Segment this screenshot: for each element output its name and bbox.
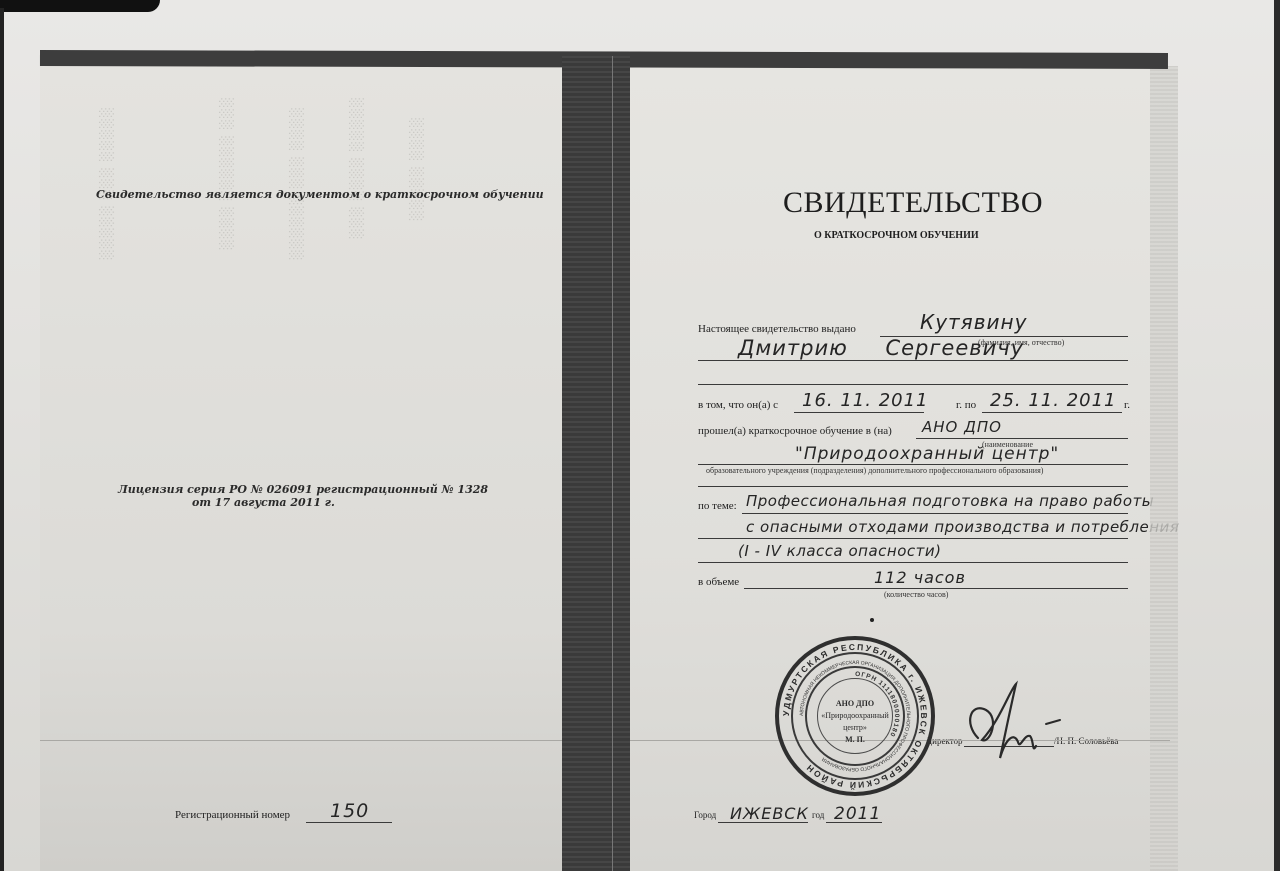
photo-right-edge [1274, 0, 1280, 871]
left-page: ░░░░░ ░░░ ░░░░░ ░░░░ ░░░░░░ ░░░ ░░░░░░ ░… [40, 66, 562, 871]
city-value: ИЖЕВСК [730, 804, 809, 823]
cover-spine [562, 56, 630, 871]
topic-label: по теме: [698, 500, 737, 512]
year-value: 2011 [834, 804, 881, 824]
topic-line2-underline [698, 538, 1128, 539]
photo-left-edge [0, 8, 4, 871]
date-from-value: 16. 11. 2011 [802, 390, 929, 411]
volume-value: 112 часов [874, 568, 966, 587]
seal-center-text: АНО ДПО «Природоохранный центр» М. П. [779, 698, 931, 746]
director-signature-icon [960, 680, 1070, 770]
topic-line1-underline [742, 513, 1128, 514]
date-to-value: 25. 11. 2011 [990, 390, 1117, 411]
issued-to-label: Настоящее свидетельство выдано [698, 323, 856, 335]
bleed-through-text: ░░░ ░░░░ ░░░░░ [350, 96, 365, 238]
topic-line3-value: (I - IV класса опасности) [738, 542, 941, 560]
topic-line1-value: Профессиональная подготовка на право раб… [746, 492, 1154, 510]
date-from-underline [794, 412, 924, 413]
reg-number-value: 150 [330, 800, 369, 822]
bleed-through-text: ░░░░░ ░░░░ [410, 116, 425, 220]
seal-center-line3: центр» [779, 722, 931, 734]
bleed-through-text: ░░░░░░ ░░░ ░░░░ [290, 106, 305, 259]
org-hint-bottom: образовательного учреждения (подразделен… [706, 466, 1043, 475]
name-underline [698, 360, 1128, 361]
period-to-label: г. по [956, 399, 976, 411]
license-line-2: от 17 августа 2011 г. [192, 496, 335, 509]
certificate-note: Свидетельство является документом о крат… [96, 188, 544, 201]
volume-hint: (количество часов) [884, 590, 948, 599]
right-page-margin-noise [1150, 66, 1178, 871]
period-end-label: г. [1124, 399, 1130, 411]
reg-number-underline [306, 822, 392, 823]
official-seal: УДМУРТСКАЯ РЕСПУБЛИКА г. ИЖЕВСК ОКТЯБРЬС… [775, 636, 935, 796]
name-patronymic-value: Дмитрию Сергеевичу [738, 336, 1024, 360]
print-dot [870, 618, 874, 622]
seal-mp: М. П. [779, 734, 931, 746]
seal-center-line1: АНО ДПО [779, 698, 931, 710]
bleed-through-text: ░░░░ ░░░░░░ ░░░ [220, 96, 235, 249]
passed-training-label: прошел(а) краткосрочное обучение в (на) [698, 425, 892, 437]
photo-corner-shadow [0, 0, 160, 12]
city-label: Город [694, 810, 716, 820]
year-label: год [812, 810, 824, 820]
certificate-title: СВИДЕТЕЛЬСТВО [783, 186, 1043, 220]
date-to-underline [982, 412, 1122, 413]
surname-value: Кутявину [920, 310, 1027, 334]
blank-underline [698, 486, 1128, 487]
org-line1-underline [916, 438, 1128, 439]
org-line2-underline [698, 464, 1128, 465]
certificate-subtitle: О КРАТКОСРОЧНОМ ОБУЧЕНИИ [814, 230, 979, 241]
topic-line3-underline [698, 562, 1128, 563]
period-from-label: в том, что он(а) с [698, 399, 778, 411]
topic-line2-value: с опасными отходами производства и потре… [746, 518, 1179, 536]
org-line1-value: АНО ДПО [922, 418, 1002, 436]
volume-underline [744, 588, 1128, 589]
seal-center-line2: «Природоохранный [779, 710, 931, 722]
blank-underline [698, 384, 1128, 385]
volume-label: в объеме [698, 576, 739, 588]
reg-number-label: Регистрационный номер [175, 809, 290, 821]
license-line-1: Лицензия серия РО № 026091 регистрационн… [118, 483, 488, 496]
org-line2-value: "Природоохранный центр" [795, 444, 1059, 464]
bleed-through-text: ░░░░░ ░░░ ░░░░░ [100, 106, 115, 259]
